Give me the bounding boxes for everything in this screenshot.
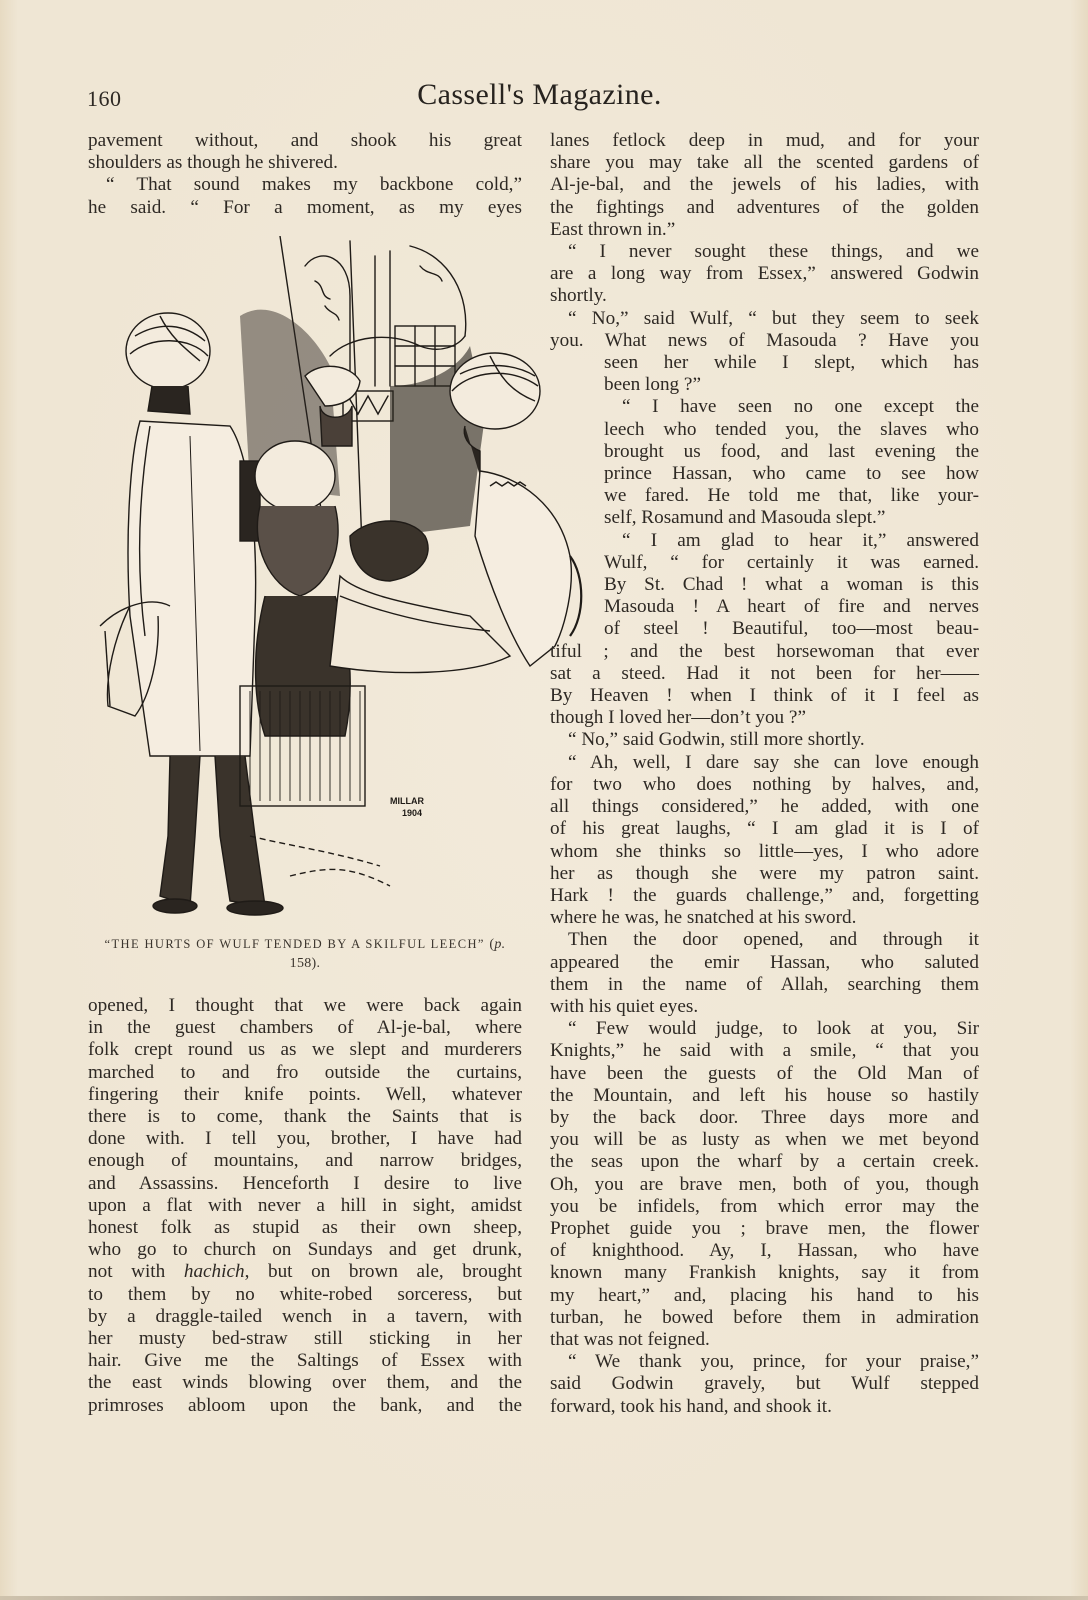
text-line: Knights,” he said with a smile, “ that y… [550,1040,979,1062]
text-line: folk crept round us as we slept and murd… [88,1039,522,1061]
text-line: forward, took his hand, and shook it. [550,1396,979,1418]
text-line: enough of mountains, and narrow bridges, [88,1150,522,1172]
artist-signature: MILLAR 1904 [390,796,424,818]
text-line: “ No,” said Wulf, “ but they seem to see… [550,308,979,330]
text-line: them in the name of Allah, searching the… [550,974,979,996]
text-line: whom she thinks so little—yes, I who ado… [550,841,979,863]
italic-word-hachich: hachich [184,1261,245,1282]
text-line: the fightings and adventures of the gold… [550,197,979,219]
text-line: honest folk as stupid as their own sheep… [88,1217,522,1239]
text-line: Then the door opened, and through it [550,929,979,951]
text-line: Wulf, “ for certainly it was earned. [550,552,979,574]
text-line: “ We thank you, prince, for your praise,… [550,1351,979,1373]
text-line: East thrown in.” [550,219,979,241]
text-line-with-italic: not with hachich, but on brown ale, brou… [88,1261,522,1283]
text-line: “ That sound makes my backbone cold,” [88,174,522,196]
text-line: Prophet guide you ; brave men, the flowe… [550,1218,979,1240]
text-line: for two who does nothing by halves, and, [550,774,979,796]
text-line: the Mountain, and left his house so hast… [550,1085,979,1107]
text-line: you will be as lusty as when we met beyo… [550,1129,979,1151]
text-line: the seas upon the wharf by a certain cre… [550,1151,979,1173]
text-line: marched to and fro outside the curtains, [88,1062,522,1084]
text-line: “ No,” said Godwin, still more shortly. [550,729,979,751]
illustration-wulf-tended-by-leech: MILLAR 1904 [90,236,590,926]
text-line: you be infidels, from which error may th… [550,1196,979,1218]
text-line: we fared. He told me that, like your- [550,485,979,507]
text-line: Oh, you are brave men, both of you, thou… [550,1174,979,1196]
text-line: “ I have seen no one except the [550,396,979,418]
text-line: though I loved her—don’t you ?” [550,707,979,729]
page-abbrev: p. [494,937,505,952]
text-line: that was not feigned. [550,1329,979,1351]
text-line: said Godwin gravely, but Wulf stepped [550,1373,979,1395]
text-line: my heart,” and, placing his hand to his [550,1285,979,1307]
text-line: with his quiet eyes. [550,996,979,1018]
signature-year: 1904 [402,808,422,818]
left-column-bottom-text: opened, I thought that we were back agai… [88,995,522,1417]
text-line: “ I never sought these things, and we [550,241,979,263]
text-line: lanes fetlock deep in mud, and for your [550,130,979,152]
text-line: to them by no white-robed sorceress, but [88,1284,522,1306]
text-line: by the back door. Three days more and [550,1107,979,1129]
text-line: her as though she were my patron saint. [550,863,979,885]
text-line: by a draggle-tailed wench in a tavern, w… [88,1306,522,1328]
text-line: known many Frankish knights, say it from [550,1262,979,1284]
page-bottom-edge [0,1596,1088,1600]
text-line: tiful ; and the best horsewoman that eve… [550,641,979,663]
text-line: shoulders as though he shivered. [88,152,522,174]
text-line: hair. Give me the Saltings of Essex with [88,1350,522,1372]
text-line: Al-je-bal, and the jewels of his ladies,… [550,174,979,196]
text-line: “ I am glad to hear it,” answered [550,530,979,552]
text-line: he said. “ For a moment, as my eyes [88,197,522,219]
text-line: and Assassins. Henceforth I desire to li… [88,1173,522,1195]
text-line: there is to come, thank the Saints that … [88,1106,522,1128]
text-line: of knighthood. Ay, I, Hassan, who have [550,1240,979,1262]
text-line: done with. I tell you, brother, I have h… [88,1128,522,1150]
text-line: her musty bed-straw still sticking in he… [88,1328,522,1350]
text-line: shortly. [550,285,979,307]
left-column-top-text: pavement without, and shook his great sh… [88,130,522,219]
text-line: upon a flat with never a hill in sight, … [88,1195,522,1217]
text-line: self, Rosamund and Masouda slept.” [550,507,979,529]
right-column-text: lanes fetlock deep in mud, and for your … [550,130,979,1418]
text-line: been long ?” [550,374,979,396]
text-line: leech who tended you, the slaves who [550,419,979,441]
signature-name: MILLAR [390,796,424,806]
text-line: opened, I thought that we were back agai… [88,995,522,1017]
magazine-title: Cassell's Magazine. [87,78,992,112]
text-line: share you may take all the scented garde… [550,152,979,174]
text-line: fingering their knife points. Well, what… [88,1084,522,1106]
text-line: Masouda ! A heart of fire and nerves [550,596,979,618]
text-line: you. What news of Masouda ? Have you [550,330,979,352]
text-line: prince Hassan, who came to see how [550,463,979,485]
text-line: sat a steed. Had it not been for her—— [550,663,979,685]
text-line: all things considered,” he added, with o… [550,796,979,818]
text-line: Hark ! the guards challenge,” and, forge… [550,885,979,907]
ink-drawing-icon: MILLAR 1904 [90,236,590,926]
text-line: brought us food, and last evening the [550,441,979,463]
text-line: appeared the emir Hassan, who saluted [550,952,979,974]
text-line: of steel ! Beautiful, too—most beau- [550,618,979,640]
text-line: in the guest chambers of Al-je-bal, wher… [88,1017,522,1039]
illustration-caption: “THE HURTS OF WULF TENDED BY A SKILFUL L… [88,935,522,973]
text-line: seen her while I slept, which has [550,352,979,374]
text-line: primroses abloom upon the bank, and the [88,1395,522,1417]
text-line: are a long way from Essex,” answered God… [550,263,979,285]
caption-text: “THE HURTS OF WULF TENDED BY A SKILFUL L… [105,937,485,951]
text-line: pavement without, and shook his great [88,130,522,152]
text-line: the east winds blowing over them, and th… [88,1372,522,1394]
text-line: who go to church on Sundays and get drun… [88,1239,522,1261]
text-line: “ Few would judge, to look at you, Sir [550,1018,979,1040]
text-line: By St. Chad ! what a woman is this [550,574,979,596]
running-header: 160 Cassell's Magazine. [87,78,992,118]
text-line: where he was, he snatched at his sword. [550,907,979,929]
text-line: of his great laughs, “ I am glad it is I… [550,818,979,840]
text-line: “ Ah, well, I dare say she can love enou… [550,752,979,774]
text-line: By Heaven ! when I think of it I feel as [550,685,979,707]
text-line: turban, he bowed before them in admirati… [550,1307,979,1329]
text-line: have been the guests of the Old Man of [550,1063,979,1085]
